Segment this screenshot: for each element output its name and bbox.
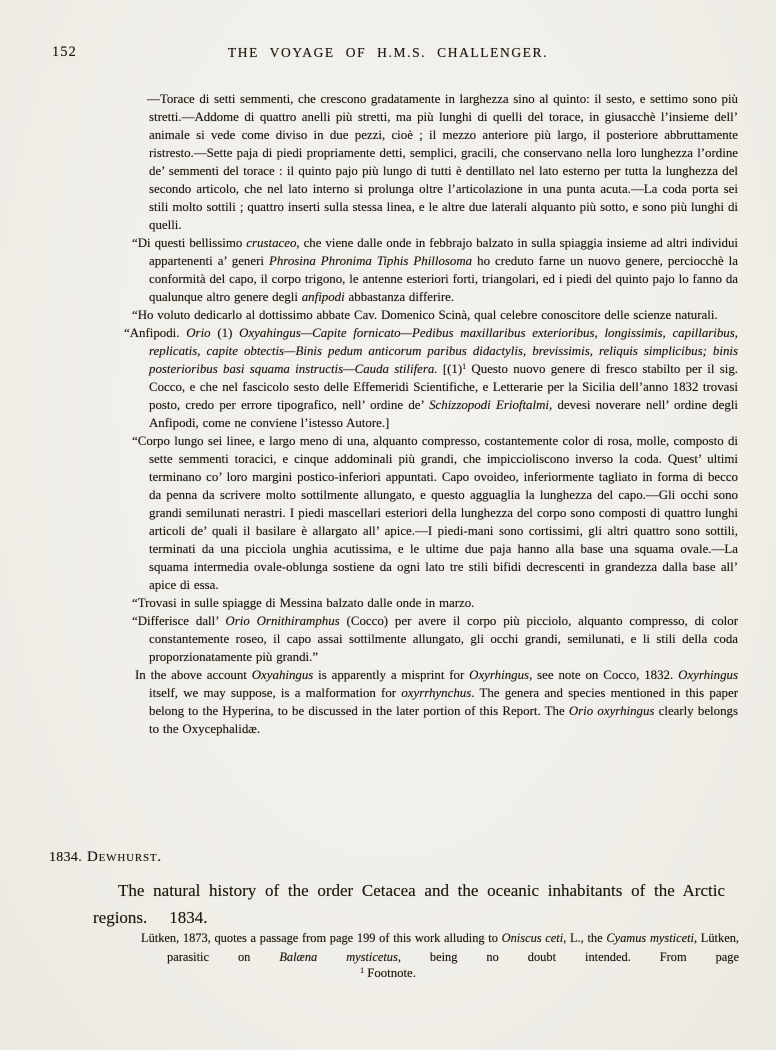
entry-note: Lütken, 1873, quotes a passage from page… [167,929,739,966]
running-head: 152 THE VOYAGE OF H.M.S. CHALLENGER. [0,44,776,64]
scanned-book-page: 152 THE VOYAGE OF H.M.S. CHALLENGER. —To… [0,0,776,1050]
entry-title-year: 1834. [169,908,207,927]
italic-taxon-name: Orio Ornithiramphus [225,614,339,628]
italic-taxon-name: Oxyahingus—Capite fornicato—Pedibus maxi… [149,326,738,376]
footnote-marker: 1 [360,966,364,975]
italic-taxon-name: Orio oxyrhingus [569,704,655,718]
body-paragraph: “Corpo lungo sei linee, e largo meno di … [149,432,738,594]
italic-taxon-name: Orio [186,326,210,340]
entry-heading-author: Dewhurst. [87,849,162,865]
body-paragraph: In the above account Oxyahingus is appar… [149,666,738,738]
italic-taxon-name: crustaceo [246,236,296,250]
running-title: THE VOYAGE OF H.M.S. CHALLENGER. [0,45,776,61]
superscript-reference: 1 [462,362,466,371]
footnote: 1 Footnote. [0,966,776,981]
italic-taxon-name: Oxyrhingus [469,668,529,682]
body-paragraph: “Ho voluto dedicarlo al dottissimo abbat… [149,306,738,324]
italic-taxon-name: oxyrrhynchus [401,686,471,700]
italic-taxon-name: Oxyahingus [252,668,314,682]
entry-body-text: —Torace di setti semmenti, che crescono … [149,90,738,738]
entry-note-paragraph: Lütken, 1873, quotes a passage from page… [167,929,739,966]
italic-taxon-name: Phrosina Phronima Tiphis Phillosoma [269,254,472,268]
body-paragraph: “Anfipodi. Orio (1) Oxyahingus—Capite fo… [149,324,738,432]
italic-taxon-name: Oxyrhingus [678,668,738,682]
italic-taxon-name: Oniscus ceti [502,931,564,945]
italic-taxon-name: Cyamus mysticeti [606,931,694,945]
italic-taxon-name: anfipodi [302,290,345,304]
body-paragraph: “Trovasi in sulle spiagge di Messina bal… [149,594,738,612]
body-paragraph: —Torace di setti semmenti, che crescono … [149,90,738,234]
entry-heading-year: 1834. [49,850,82,865]
body-paragraph: “Di questi bellissimo crustaceo, che vie… [149,234,738,306]
italic-taxon-name: Balæna mysticetus [279,950,397,964]
entry-heading: 1834.Dewhurst. [49,849,162,866]
footnote-text: Footnote. [367,966,416,980]
italic-taxon-name: Schizzopodi Erioftalmi [429,398,549,412]
body-paragraph: “Differisce dall’ Orio Ornithiramphus (C… [149,612,738,666]
entry-title: The natural history of the order Cetacea… [93,877,725,931]
